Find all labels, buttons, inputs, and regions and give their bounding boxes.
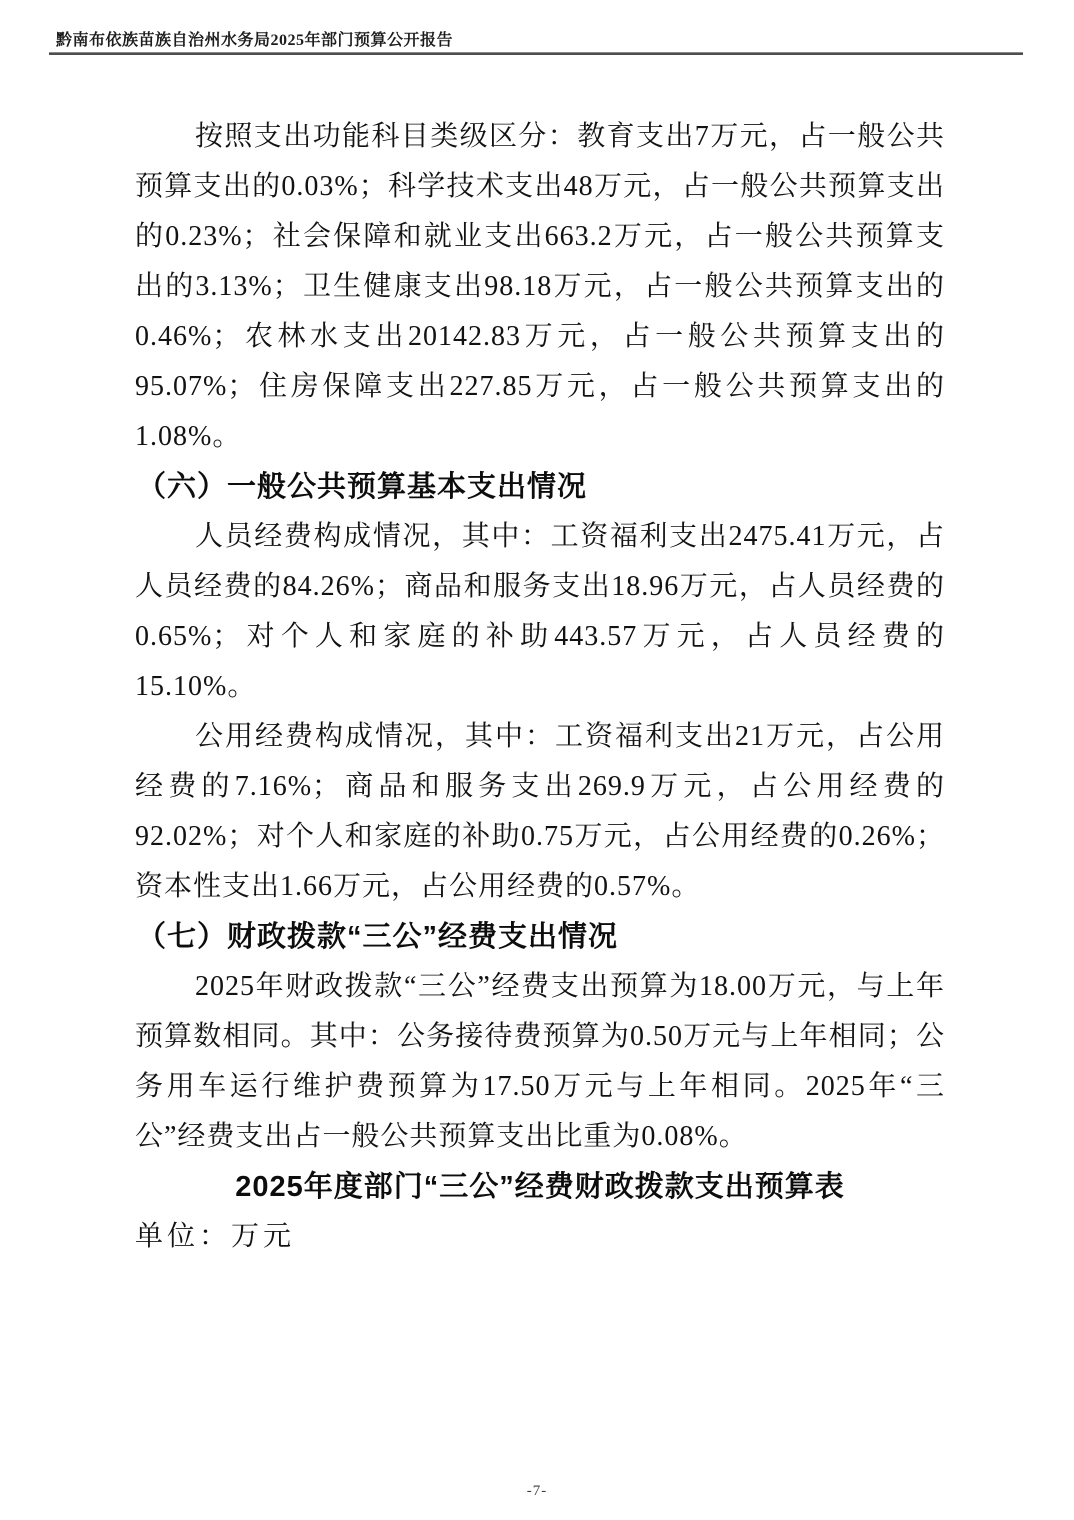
paragraph-functional-expenditure-breakdown: 按照支出功能科目类级区分：教育支出7万元，占一般公共预算支出的0.03%；科学技…: [135, 112, 945, 462]
document-page: 黔南布依族苗族自治州水务局2025年部门预算公开报告 按照支出功能科目类级区分：…: [0, 0, 1074, 1520]
document-body: 按照支出功能科目类级区分：教育支出7万元，占一般公共预算支出的0.03%；科学技…: [135, 112, 945, 1262]
paragraph-public-funds-composition: 公用经费构成情况，其中：工资福利支出21万元，占公用经费的7.16%；商品和服务…: [135, 712, 945, 912]
section-heading-seven-three-public-funds: （七）财政拨款“三公”经费支出情况: [135, 912, 945, 962]
table-title-three-public-budget: 2025年度部门“三公”经费财政拨款支出预算表: [135, 1162, 945, 1212]
section-heading-six-basic-expenditure: （六）一般公共预算基本支出情况: [135, 462, 945, 512]
paragraph-personnel-funds-composition: 人员经费构成情况，其中：工资福利支出2475.41万元，占人员经费的84.26%…: [135, 512, 945, 712]
page-number: -7-: [0, 1483, 1074, 1500]
page-header-title: 黔南布依族苗族自治州水务局2025年部门预算公开报告: [56, 27, 453, 50]
header-divider: [49, 52, 1023, 55]
paragraph-three-public-funds-budget: 2025年财政拨款“三公”经费支出预算为18.00万元，与上年预算数相同。其中：…: [135, 962, 945, 1162]
unit-label: 单位：万元: [135, 1212, 945, 1262]
